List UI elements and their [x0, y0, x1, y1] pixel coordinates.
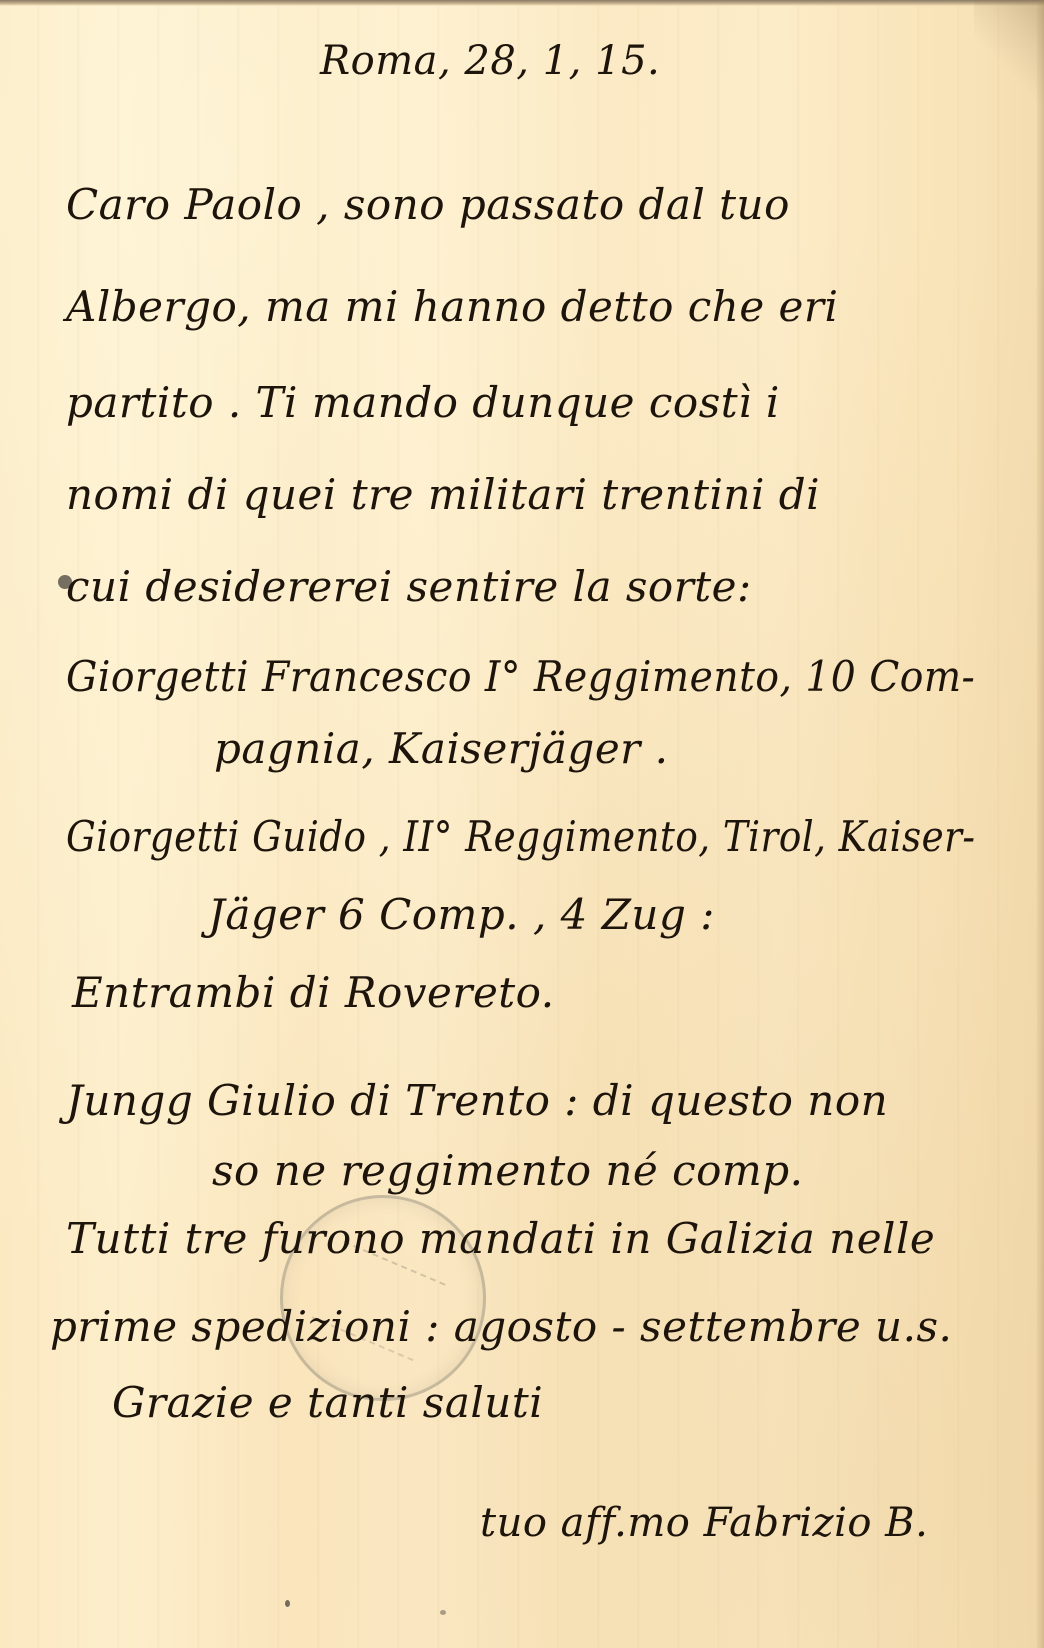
letter-line: Albergo, ma mi hanno detto che eri	[66, 282, 838, 331]
letter-line: cui desidererei sentire la sorte:	[66, 562, 752, 611]
letter-line: Giorgetti Francesco I° Reggimento, 10 Co…	[66, 652, 975, 701]
letter-line: Tutti tre furono mandati in Galizia nell…	[66, 1214, 935, 1263]
letter-line: so ne reggimento né comp.	[212, 1146, 803, 1195]
signature-closing: tuo aff.mo Fabrizio B.	[480, 1500, 928, 1546]
letter-line: partito . Ti mando dunque costì i	[66, 378, 780, 427]
letter-line: Caro Paolo , sono passato dal tuo	[66, 180, 790, 229]
letter-line: pagnia, Kaiserjäger .	[214, 724, 668, 773]
letter-line: Entrambi di Rovereto.	[72, 968, 555, 1017]
letter-page: Roma, 28, 1, 15. Caro Paolo , sono passa…	[0, 0, 1044, 1648]
letter-line: Grazie e tanti saluti	[112, 1378, 543, 1427]
paper-right-edge	[1036, 0, 1044, 1648]
ink-speck	[440, 1610, 446, 1615]
letter-line: Jungg Giulio di Trento : di questo non	[66, 1076, 888, 1125]
ink-speck	[285, 1600, 290, 1607]
letter-line: Jäger 6 Comp. , 4 Zug :	[208, 890, 715, 939]
paper-top-edge	[0, 0, 1044, 6]
letter-line: prime spedizioni : agosto - settembre u.…	[50, 1302, 952, 1351]
paper-corner-fold	[974, 0, 1044, 110]
place-date-heading: Roma, 28, 1, 15.	[320, 38, 660, 84]
letter-line: nomi di quei tre militari trentini di	[66, 470, 820, 519]
letter-line: Giorgetti Guido , II° Reggimento, Tirol,…	[66, 812, 975, 861]
